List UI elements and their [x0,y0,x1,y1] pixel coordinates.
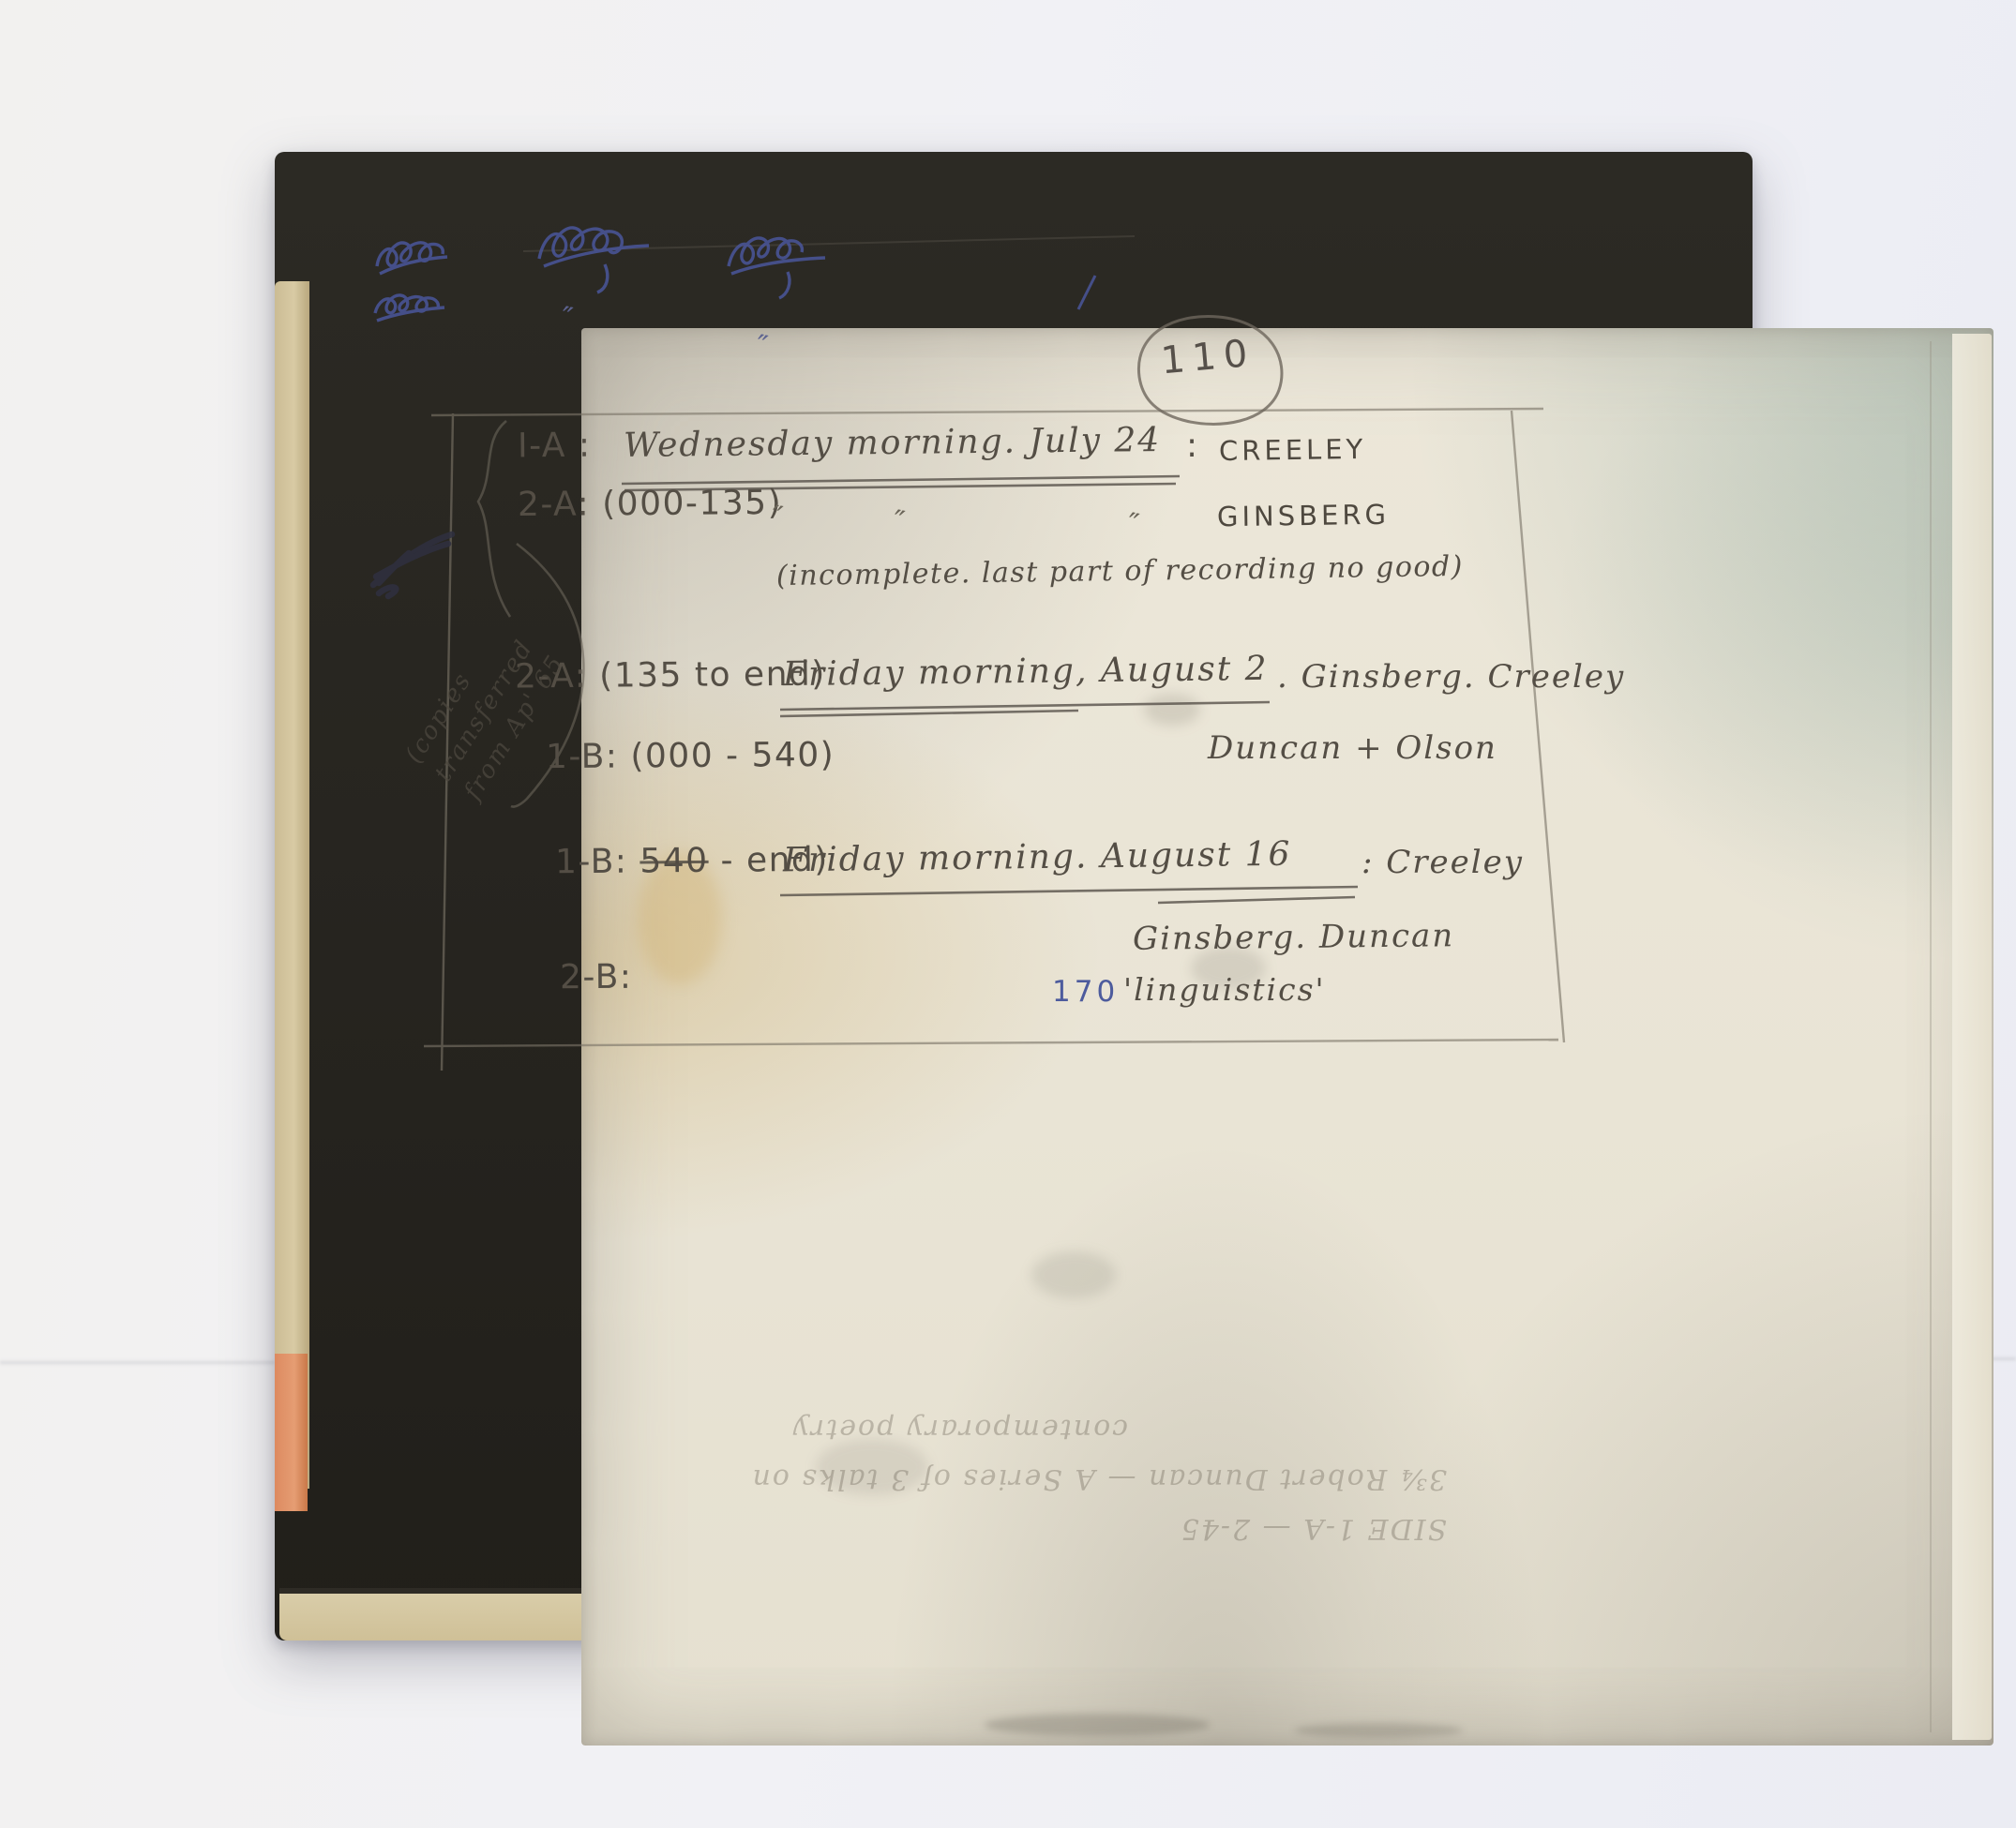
row5-track-label: 1-B: (000 - 540) [546,736,835,776]
row7-subject-title: 'linguistics' [1123,971,1326,1008]
row4-speaker-names: . Ginsberg. Creeley [1277,658,1625,696]
mirror-bleed-text: SIDE 1-A — 2-45 3¾ Robert Duncan — A Ser… [579,1399,1447,1553]
torn-paper-strip [1952,334,1992,1740]
bleed-line-side: SIDE 1-A — 2-45 [579,1504,1447,1553]
row6-session-text: Friday morning. August 16 [783,835,1292,880]
row1-track-label: I-A : [518,427,592,466]
circled-reel-number: 110 [1159,332,1256,383]
paper-crease [1930,341,1932,1732]
box-edge-left-tan [275,281,309,1489]
row6-speaker-first: : Creeley [1362,844,1524,881]
row5-speaker-names: Duncan + Olson [1208,729,1497,767]
row6-track-pre: 1-B: [555,842,640,881]
row7-track-label: 2-B: [560,958,633,997]
row2-speaker-names: GINSBERG [1217,499,1390,533]
bleed-line-poetry: contemporary poetry [579,1404,1128,1454]
row1-speaker-names: CREELEY [1219,433,1367,467]
row1-colon: : [1186,427,1199,465]
row6-struck-counter: 540 [639,842,709,881]
table-seam-left [0,1361,275,1364]
stain [1031,1251,1116,1298]
scuff-mark [1294,1723,1463,1738]
photo-backdrop: ″ ″ 110 I-A : Wednesday morning. July 24… [0,0,2016,1828]
scuff-mark [985,1714,1210,1736]
stain [1144,694,1200,726]
row1-session-text: Wednesday morning. July 24 [624,421,1162,465]
row6-speaker-names: Ginsberg. Duncan [1133,917,1455,958]
bleed-line-duncan: 3¾ Robert Duncan — A Series of 3 talks o… [579,1454,1447,1504]
orange-tape-strip [275,1354,308,1511]
row4-session-text: Friday morning, August 2 [783,650,1269,694]
row2-track-label: 2-A: (000-135) [518,484,782,524]
row7-counter-number: 170 [1052,975,1119,1009]
